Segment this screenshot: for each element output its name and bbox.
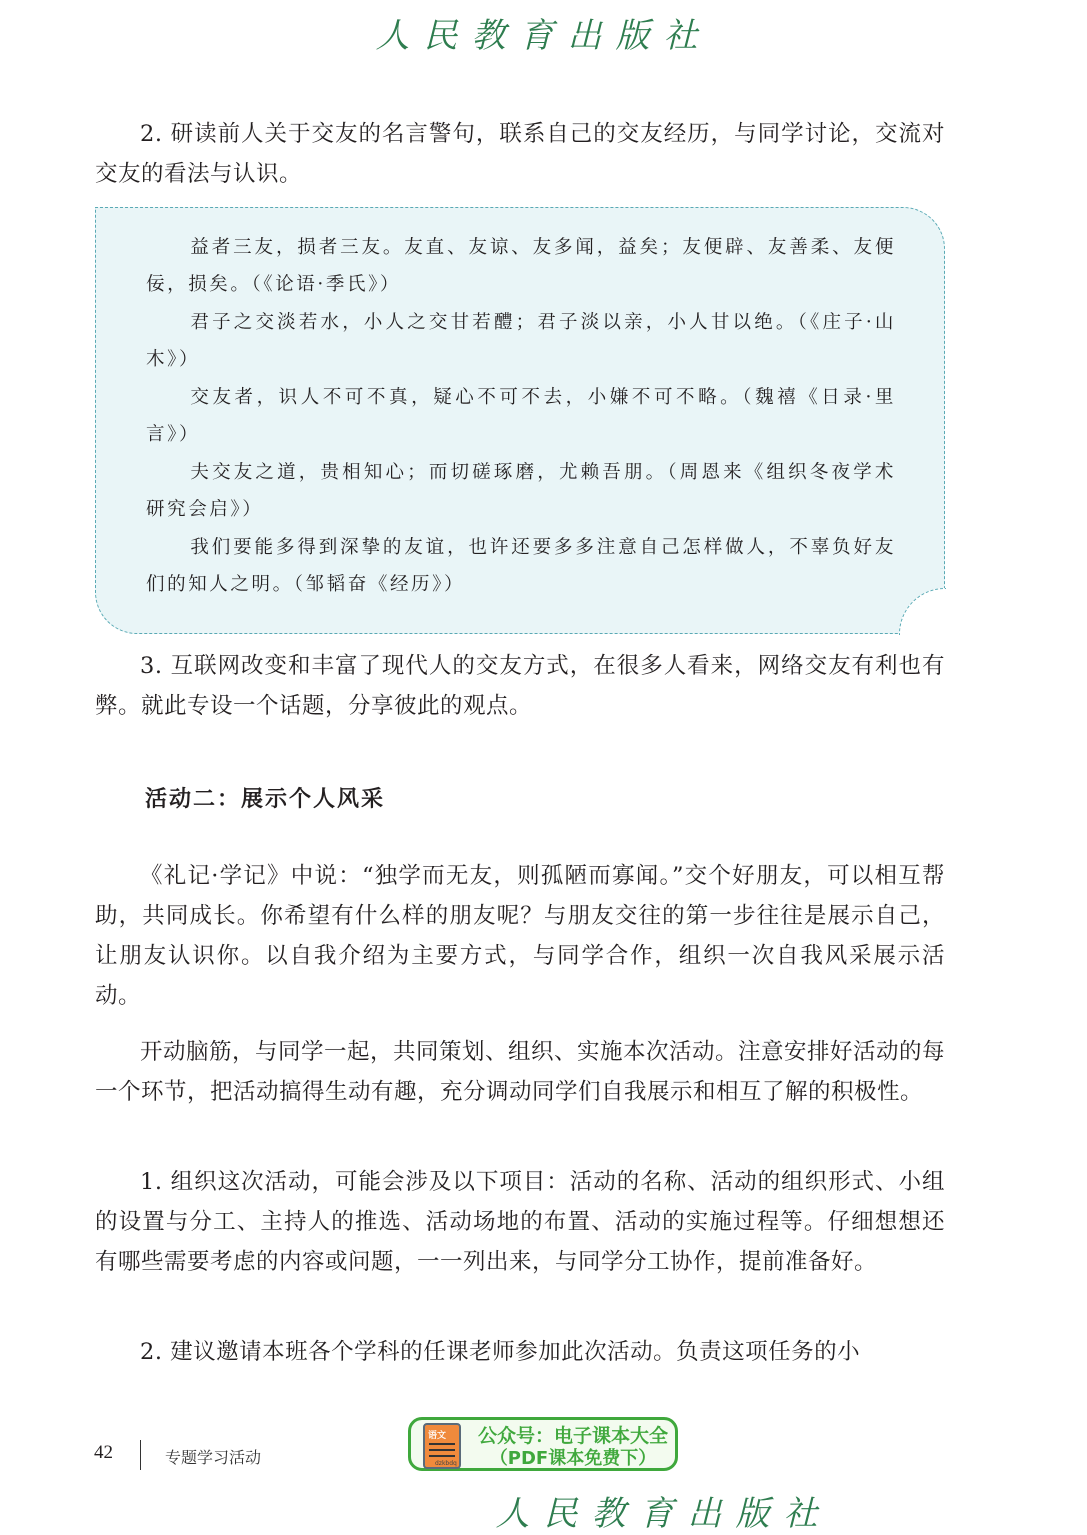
page-number: 42 (94, 1442, 113, 1464)
wechat-badge: 语文 dzkbdq 公众号：电子课本大全 （PDF课本免费下） (408, 1417, 678, 1471)
activity-2-item-1: 1. 组织这次活动，可能会涉及以下项目：活动的名称、活动的组织形式、小组的设置与… (95, 1162, 945, 1282)
quote-5: 我们要能多得到深挚的友谊，也许还要多多注意自己怎样做人，不辜负好友们的知人之明。… (146, 530, 896, 603)
publisher-logo-footer: 人民教育出版社 (120, 1486, 1087, 1535)
badge-tiny-text: dzkbdq (435, 1460, 457, 1467)
footer-section-title: 专题学习活动 (165, 1445, 261, 1468)
activity-2-para-2: 开动脑筋，与同学一起，共同策划、组织、实施本次活动。注意安排好活动的每一个环节，… (95, 1032, 945, 1112)
quote-1: 益者三友，损者三友。友直、友谅、友多闻，益矣；友便辟、友善柔、友便佞，损矣。（《… (146, 230, 896, 303)
quote-4: 夫交友之道，贵相知心；而切磋琢磨，尤赖吾朋。（周恩来《组织冬夜学术研究会启》） (146, 455, 896, 528)
quote-box-notch (899, 588, 946, 635)
quote-2: 君子之交淡若水，小人之交甘若醴；君子淡以亲，小人甘以绝。（《庄子·山木》） (146, 305, 896, 378)
activity-2-para-1: 《礼记·学记》中说：“独学而无友，则孤陋而寡闻。”交个好朋友，可以相互帮助，共同… (95, 856, 945, 1016)
ebook-icon-line (429, 1449, 455, 1451)
publisher-logo: 人民教育出版社 (0, 8, 1087, 57)
quote-box: 益者三友，损者三友。友直、友谅、友多闻，益矣；友便辟、友善柔、友便佞，损矣。（《… (95, 207, 945, 634)
item-3-text: 3. 互联网改变和丰富了现代人的交友方式，在很多人看来，网络交友有利也有弊。就此… (95, 646, 945, 726)
ebook-icon-line (429, 1455, 455, 1457)
ebook-icon-label: 语文 (428, 1428, 446, 1441)
ebook-icon-line (429, 1443, 455, 1445)
footer-divider (140, 1440, 141, 1470)
badge-line-2: （PDF课本免费下） (473, 1444, 673, 1470)
activity-2-item-2: 2. 建议邀请本班各个学科的任课老师参加此次活动。负责这项任务的小 (95, 1332, 945, 1372)
quote-3: 交友者，识人不可不真，疑心不可不去，小嫌不可不略。（魏禧《日录·里言》） (146, 380, 896, 453)
activity-2-heading: 活动二：展示个人风采 (145, 782, 385, 813)
item-2-text: 2. 研读前人关于交友的名言警句，联系自己的交友经历，与同学讨论，交流对交友的看… (95, 114, 945, 194)
